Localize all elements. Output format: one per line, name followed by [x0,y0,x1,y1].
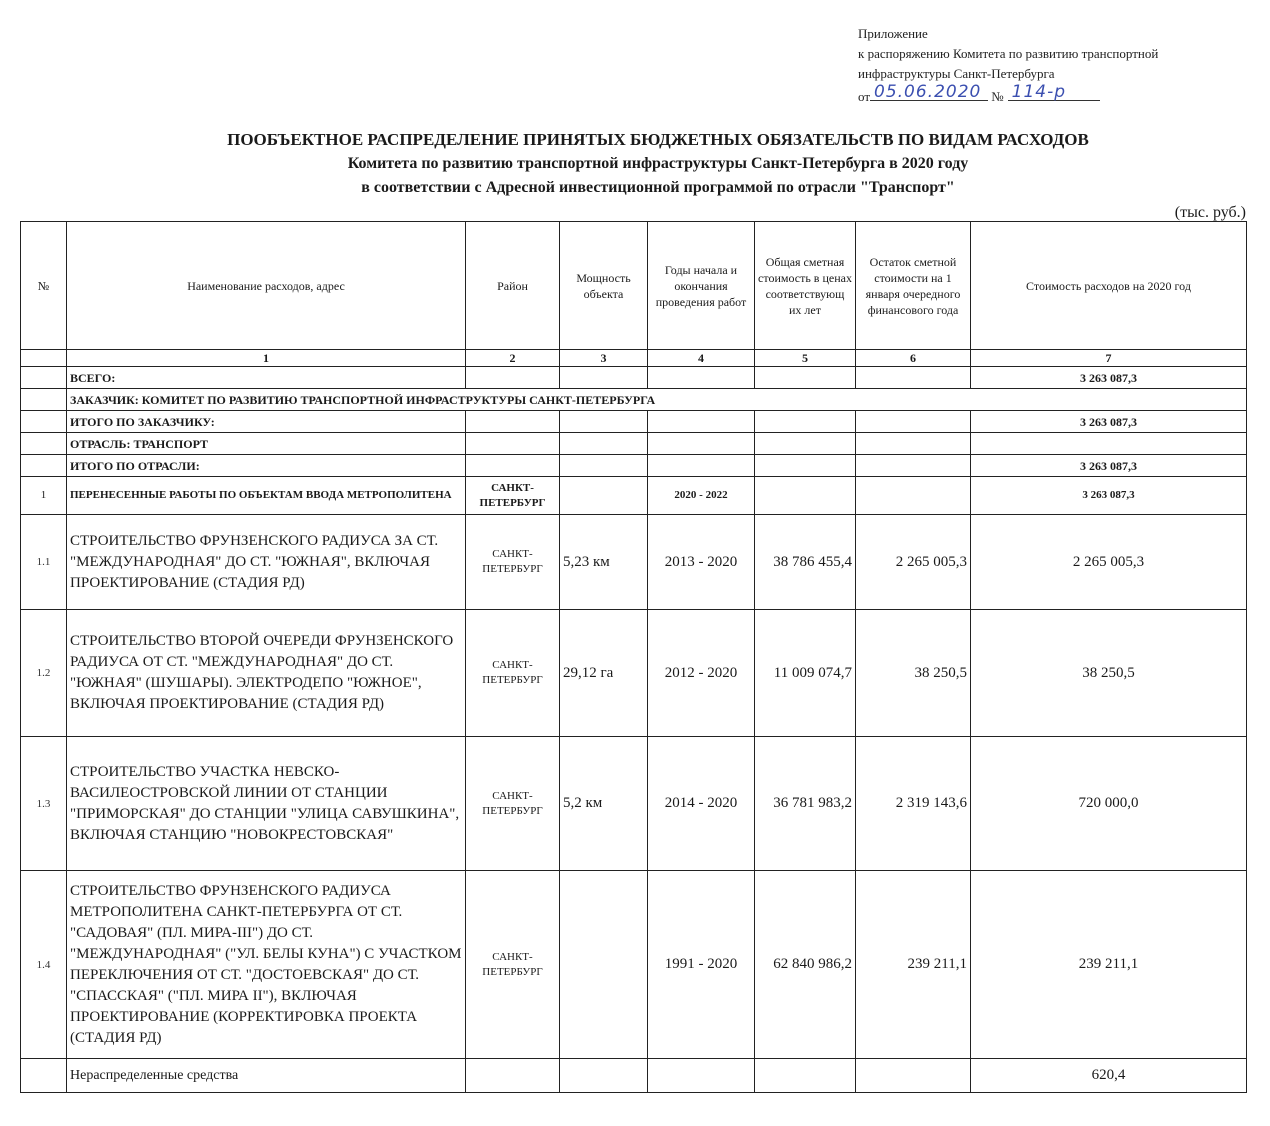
appendix-committee-line: инфраструктуры Санкт-Петербурга [858,64,1158,84]
row-years: 2013 - 2020 [648,515,755,610]
row-capacity [560,871,648,1059]
industry-total-value: 3 263 087,3 [971,455,1247,477]
group-row: 1 ПЕРЕНЕСЕННЫЕ РАБОТЫ ПО ОБЪЕКТАМ ВВОДА … [21,477,1247,515]
header-cost-2020: Стоимость расходов на 2020 год [971,222,1247,350]
colnum: 3 [560,350,648,367]
row-num: 1.4 [21,871,67,1059]
customer-row: ЗАКАЗЧИК: КОМИТЕТ ПО РАЗВИТИЮ ТРАНСПОРТН… [21,389,1247,411]
total-label: ВСЕГО: [67,367,466,389]
header-total-cost: Общая сметная стоимость в ценах соответс… [755,222,856,350]
row-district: САНКТ-ПЕТЕРБУРГ [466,515,560,610]
undistributed-label: Нераспределенные средства [67,1059,466,1093]
row-remaining: 239 211,1 [856,871,971,1059]
row-district: САНКТ-ПЕТЕРБУРГ [466,610,560,737]
customer-total-value: 3 263 087,3 [971,411,1247,433]
row-total-cost: 11 009 074,7 [755,610,856,737]
title-line-1: ПООБЪЕКТНОЕ РАСПРЕДЕЛЕНИЕ ПРИНЯТЫХ БЮДЖЕ… [0,128,1270,152]
row-cost-2020: 38 250,5 [971,610,1247,737]
total-value: 3 263 087,3 [971,367,1247,389]
row-num: 1.3 [21,737,67,871]
colnum: 2 [466,350,560,367]
group-remaining [856,477,971,515]
total-row: ВСЕГО: 3 263 087,3 [21,367,1247,389]
row-district: САНКТ-ПЕТЕРБУРГ [466,737,560,871]
colnum: 5 [755,350,856,367]
group-years: 2020 - 2022 [648,477,755,515]
customer-total-label: ИТОГО ПО ЗАКАЗЧИКУ: [67,411,466,433]
industry-total-label: ИТОГО ПО ОТРАСЛИ: [67,455,466,477]
appendix-label: Приложение [858,24,1158,44]
row-total-cost: 36 781 983,2 [755,737,856,871]
row-capacity: 5,2 км [560,737,648,871]
row-name: СТРОИТЕЛЬСТВО ВТОРОЙ ОЧЕРЕДИ ФРУНЗЕНСКОГ… [67,610,466,737]
number-prefix: № [991,89,1003,104]
title-line-2: Комитета по развитию транспортной инфрас… [0,152,1270,176]
row-num: 1.1 [21,515,67,610]
row-remaining: 2 265 005,3 [856,515,971,610]
row-name: СТРОИТЕЛЬСТВО УЧАСТКА НЕВСКО-ВАСИЛЕОСТРО… [67,737,466,871]
row-num: 1.2 [21,610,67,737]
undistributed-value: 620,4 [971,1059,1247,1093]
group-num: 1 [21,477,67,515]
title-line-3: в соответствии с Адресной инвестиционной… [0,176,1270,200]
table-header-row: № Наименование расходов, адрес Район Мощ… [21,222,1247,350]
header-district: Район [466,222,560,350]
group-name: ПЕРЕНЕСЕННЫЕ РАБОТЫ ПО ОБЪЕКТАМ ВВОДА МЕ… [67,477,466,515]
appendix-order-line: к распоряжению Комитета по развитию тран… [858,44,1158,64]
group-total-cost [755,477,856,515]
number-field: 114-р [1008,84,1100,101]
customer-label: ЗАКАЗЧИК: КОМИТЕТ ПО РАЗВИТИЮ ТРАНСПОРТН… [67,389,1247,411]
column-number-row: 1 2 3 4 5 6 7 [21,350,1247,367]
row-name: СТРОИТЕЛЬСТВО ФРУНЗЕНСКОГО РАДИУСА ЗА СТ… [67,515,466,610]
row-cost-2020: 2 265 005,3 [971,515,1247,610]
colnum: 4 [648,350,755,367]
appendix-date-number: от05.06.2020 №114-р [858,84,1158,107]
industry-row: ОТРАСЛЬ: ТРАНСПОРТ [21,433,1247,455]
industry-label: ОТРАСЛЬ: ТРАНСПОРТ [67,433,466,455]
group-district: САНКТ-ПЕТЕРБУРГ [466,477,560,515]
date-field: 05.06.2020 [870,84,988,101]
document-title: ПООБЪЕКТНОЕ РАСПРЕДЕЛЕНИЕ ПРИНЯТЫХ БЮДЖЕ… [0,128,1270,200]
header-remaining: Остаток сметной стоимости на 1 января оч… [856,222,971,350]
row-total-cost: 38 786 455,4 [755,515,856,610]
table-row: 1.1 СТРОИТЕЛЬСТВО ФРУНЗЕНСКОГО РАДИУСА З… [21,515,1247,610]
row-remaining: 38 250,5 [856,610,971,737]
colnum: 6 [856,350,971,367]
row-cost-2020: 720 000,0 [971,737,1247,871]
row-cost-2020: 239 211,1 [971,871,1247,1059]
row-years: 2014 - 2020 [648,737,755,871]
colnum: 7 [971,350,1247,367]
row-name: СТРОИТЕЛЬСТВО ФРУНЗЕНСКОГО РАДИУСА МЕТРО… [67,871,466,1059]
undistributed-row: Нераспределенные средства 620,4 [21,1059,1247,1093]
row-district: САНКТ-ПЕТЕРБУРГ [466,871,560,1059]
header-num: № [21,222,67,350]
colnum: 1 [67,350,466,367]
table-row: 1.2 СТРОИТЕЛЬСТВО ВТОРОЙ ОЧЕРЕДИ ФРУНЗЕН… [21,610,1247,737]
header-capacity: Мощность объекта [560,222,648,350]
header-name: Наименование расходов, адрес [67,222,466,350]
row-remaining: 2 319 143,6 [856,737,971,871]
group-cost-2020: 3 263 087,3 [971,477,1247,515]
row-capacity: 29,12 га [560,610,648,737]
header-years: Годы начала и окончания проведения работ [648,222,755,350]
row-total-cost: 62 840 986,2 [755,871,856,1059]
date-prefix: от [858,89,870,104]
group-capacity [560,477,648,515]
row-years: 1991 - 2020 [648,871,755,1059]
table-row: 1.4 СТРОИТЕЛЬСТВО ФРУНЗЕНСКОГО РАДИУСА М… [21,871,1247,1059]
row-capacity: 5,23 км [560,515,648,610]
handwritten-number: 114-р [1012,82,1066,102]
appendix-header: Приложение к распоряжению Комитета по ра… [858,24,1158,107]
table-row: 1.3 СТРОИТЕЛЬСТВО УЧАСТКА НЕВСКО-ВАСИЛЕО… [21,737,1247,871]
budget-table: № Наименование расходов, адрес Район Мощ… [20,221,1247,1093]
row-years: 2012 - 2020 [648,610,755,737]
units-label: (тыс. руб.) [1175,204,1246,222]
industry-total-row: ИТОГО ПО ОТРАСЛИ: 3 263 087,3 [21,455,1247,477]
handwritten-date: 05.06.2020 [874,82,981,102]
customer-total-row: ИТОГО ПО ЗАКАЗЧИКУ: 3 263 087,3 [21,411,1247,433]
